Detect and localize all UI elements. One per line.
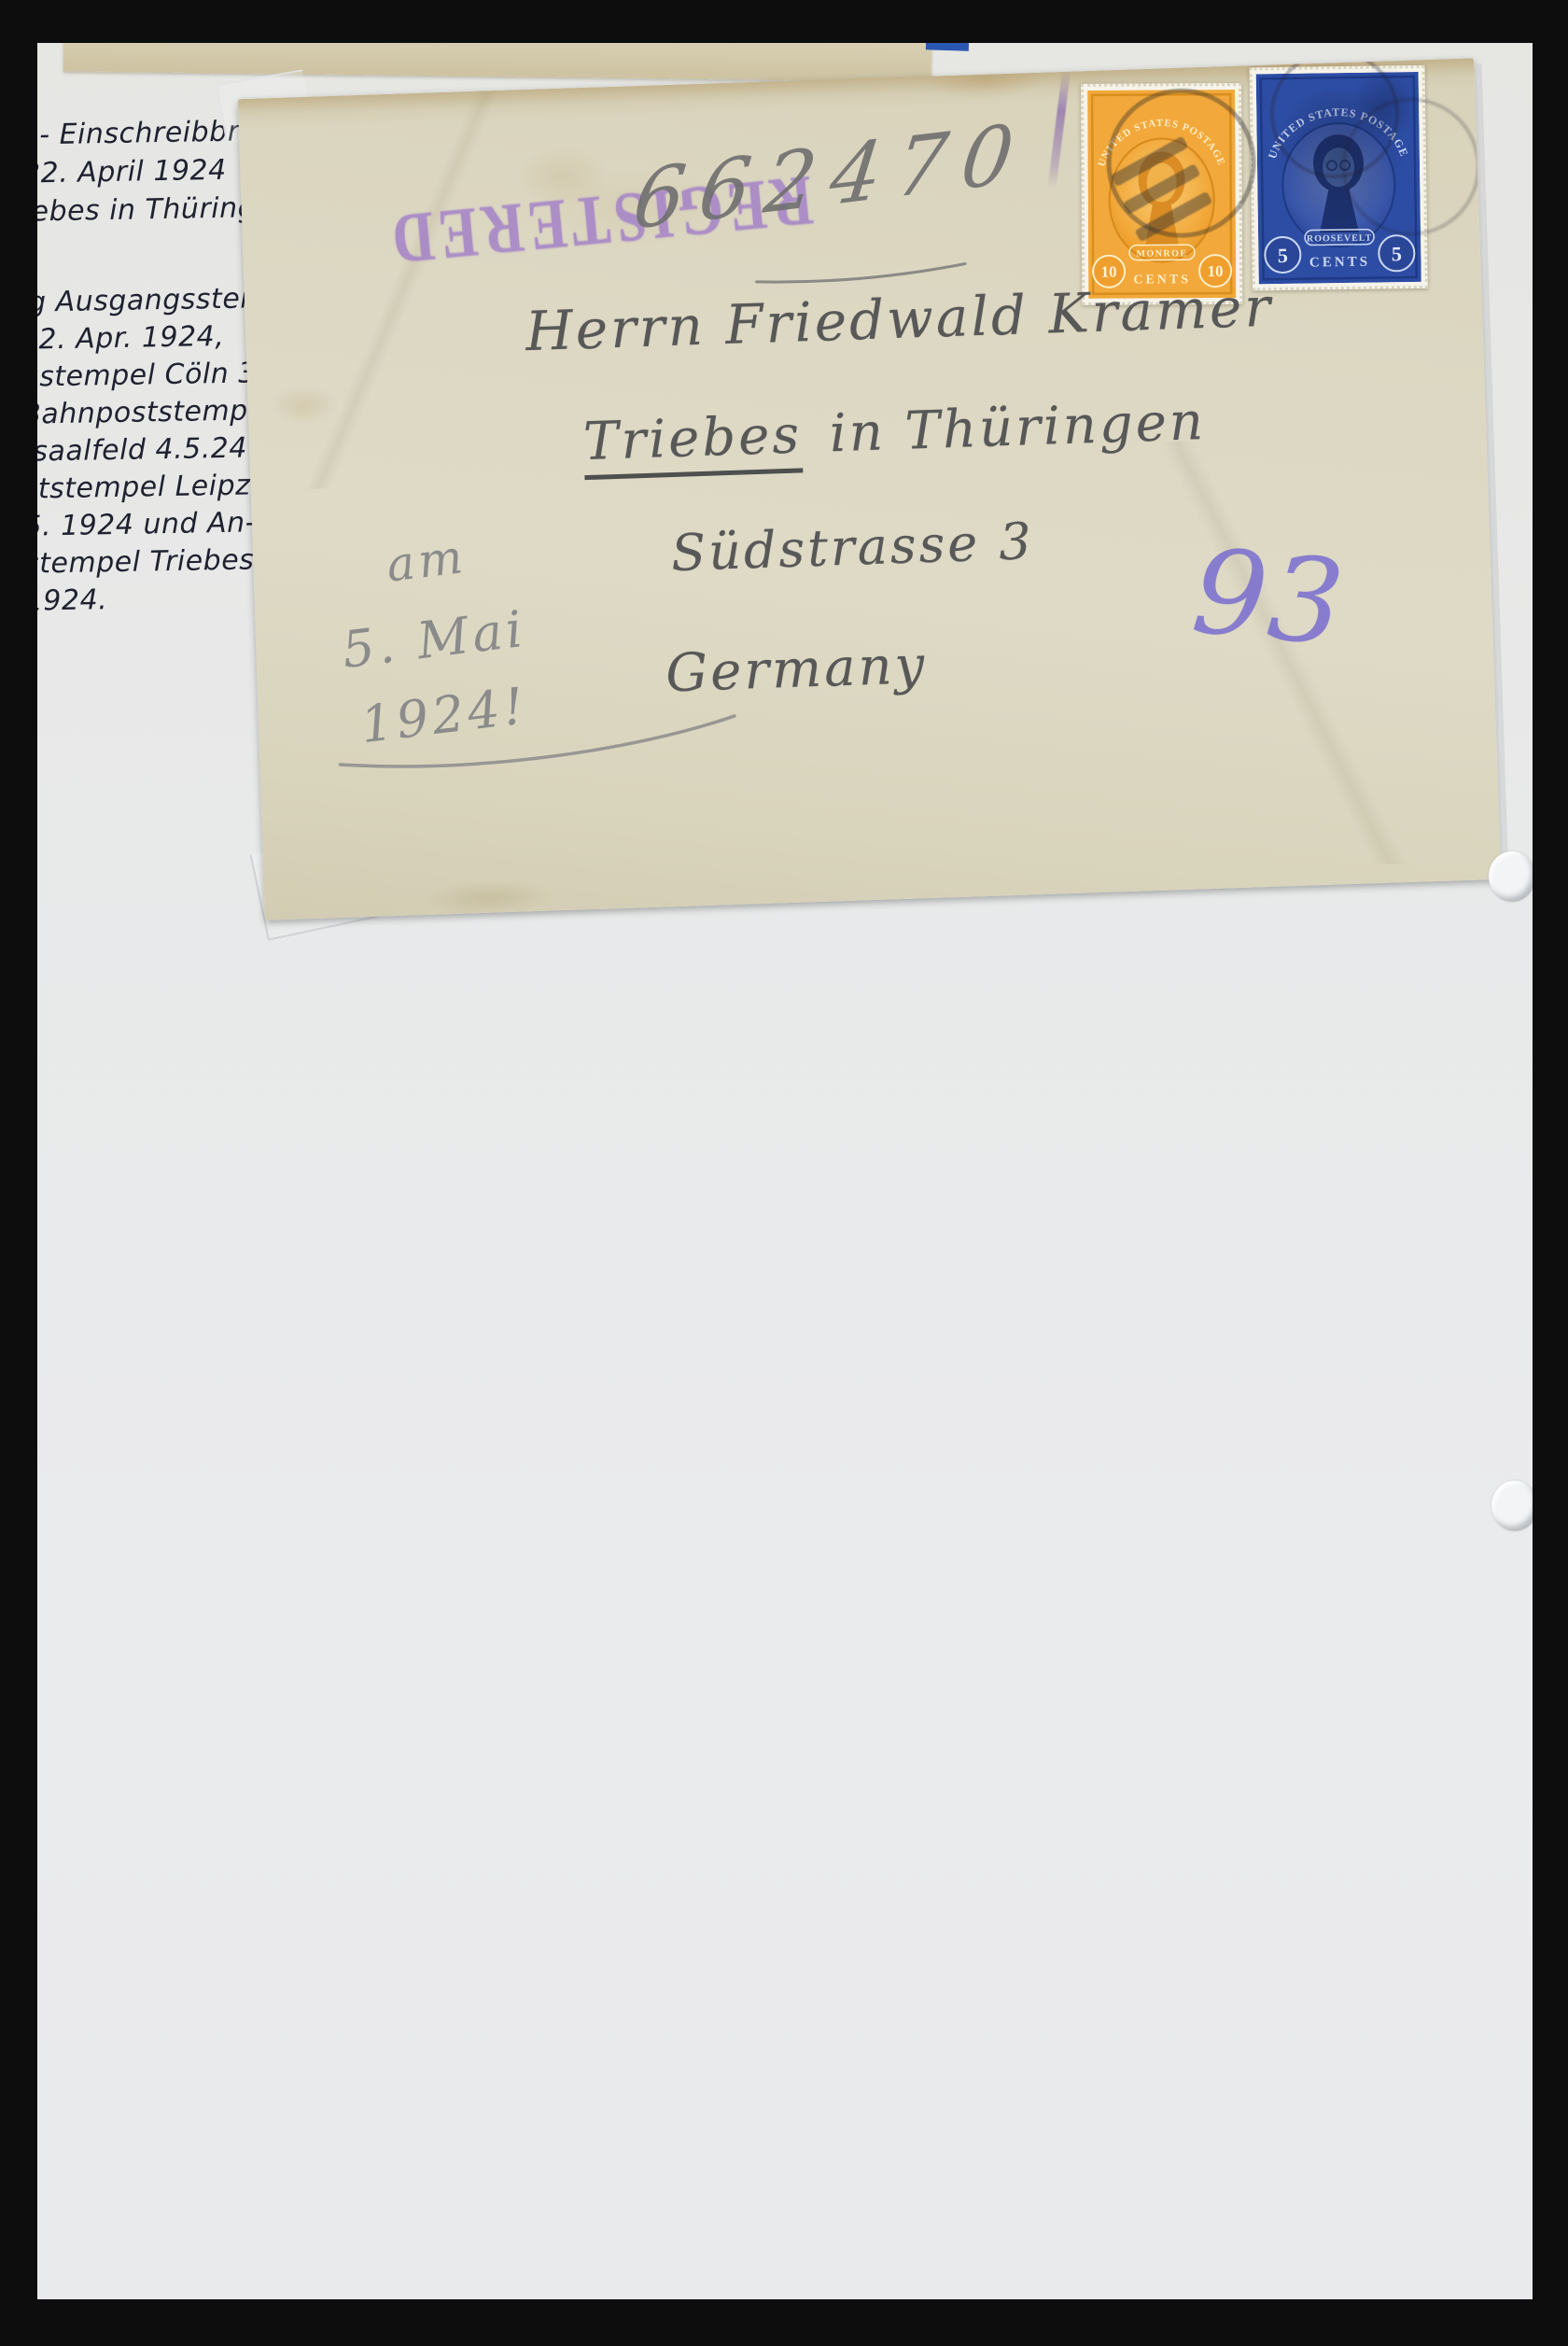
address-line-2-rest: in Thüringen: [829, 391, 1207, 464]
punch-hole: [1489, 851, 1533, 902]
envelope-cover: REGISTERED 662470: [238, 58, 1501, 920]
punch-hole: [1491, 1481, 1533, 1531]
stamp-5c-graphic: UNITED STATES POSTAGE ROOSEVELT 5 5 CENT…: [1256, 72, 1421, 284]
pencil-note-line: am: [384, 529, 469, 593]
address-line-2: Triebesin Thüringen: [582, 391, 1207, 480]
stamp-unit-text: CENTS: [1309, 255, 1370, 271]
stamp-value-left: 10: [1101, 263, 1117, 281]
address-line-1: Herrn Friedwald Kramer: [525, 275, 1274, 364]
registration-number: 662470: [628, 99, 1085, 248]
stamp-value-left: 5: [1278, 244, 1288, 267]
background-stamp-sliver: [926, 43, 969, 51]
stamp-portrait-name: MONROE: [1136, 248, 1187, 259]
album-page: l - Einschreibbrief 22. April 1924 iebes…: [37, 43, 1533, 2299]
stamp-value-right: 5: [1392, 242, 1402, 265]
pencil-note-line: 5. Mai: [339, 599, 529, 680]
background-cover-edge: [63, 43, 931, 82]
stamp-portrait-name: ROOSEVELT: [1307, 233, 1372, 245]
stamp-5c-roosevelt: UNITED STATES POSTAGE ROOSEVELT 5 5 CENT…: [1250, 65, 1428, 291]
address-destination-underlined: Triebes: [582, 404, 803, 480]
crayon-page-number: 93: [1187, 524, 1351, 672]
